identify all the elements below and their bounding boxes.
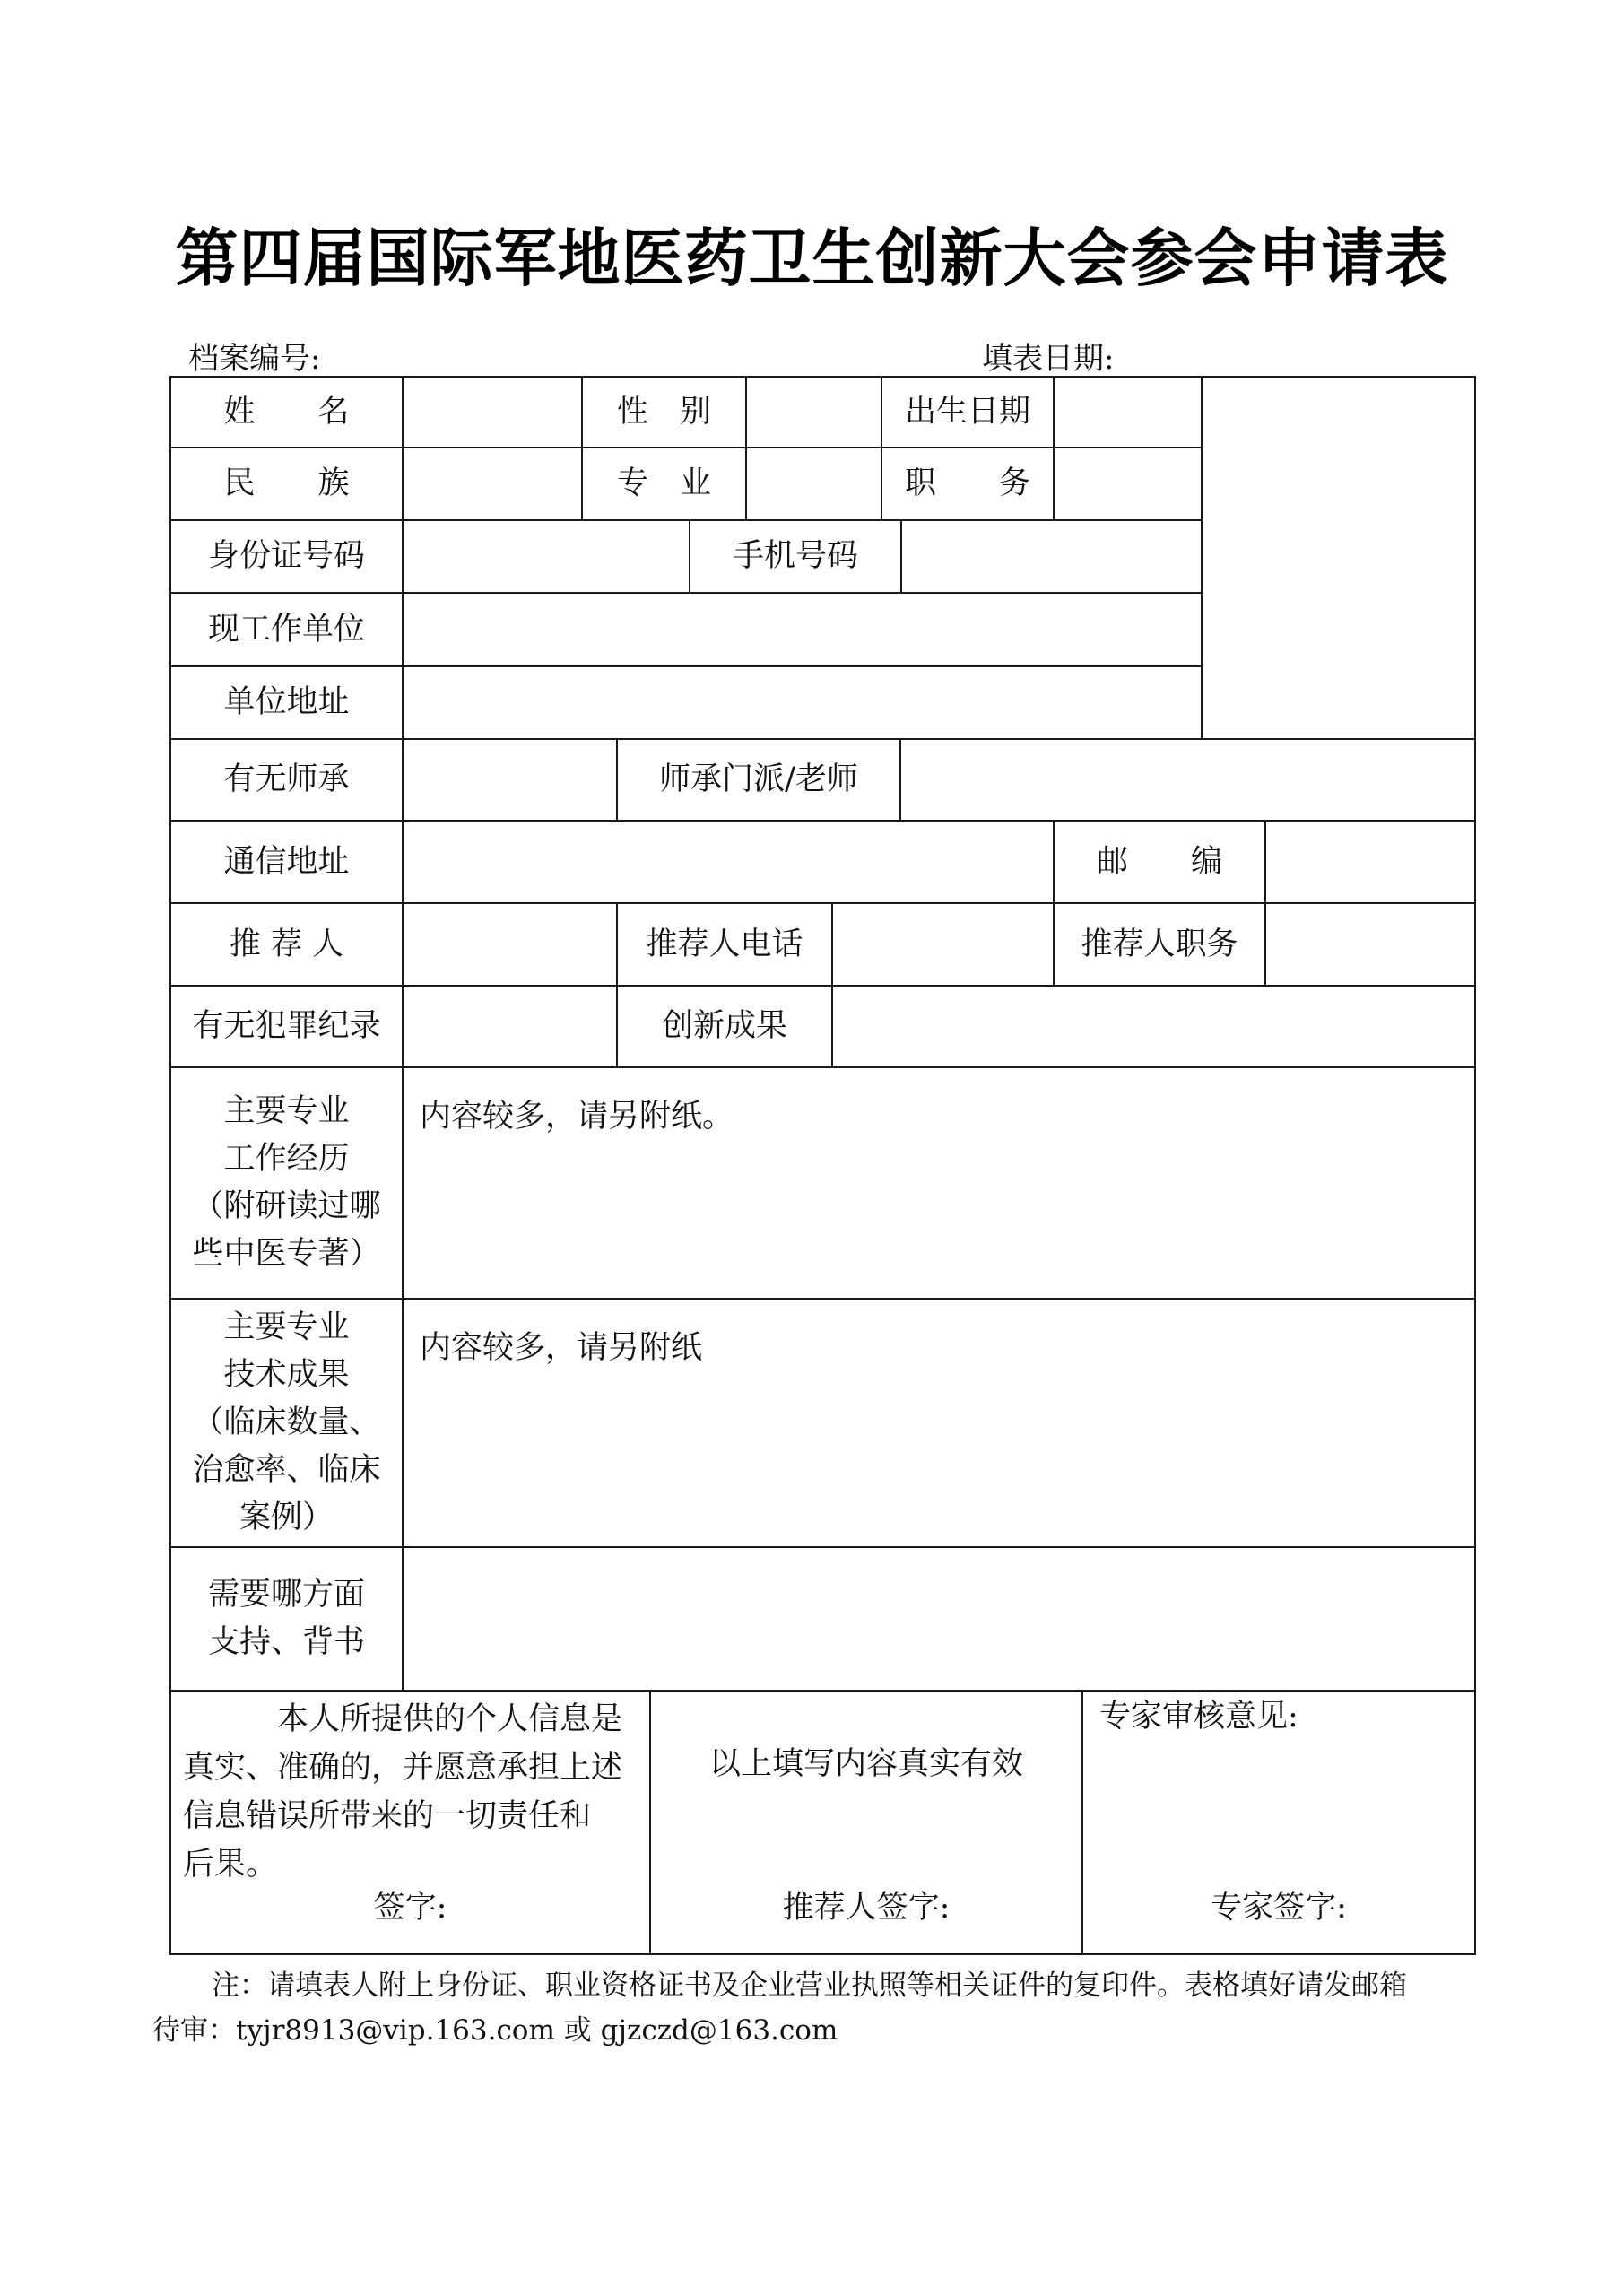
mailing-address-field[interactable] [402, 820, 1055, 904]
innovation-label: 创新成果 [616, 985, 833, 1068]
id-number-field[interactable] [402, 519, 690, 594]
innovation-field[interactable] [831, 985, 1476, 1068]
criminal-record-label: 有无犯罪纪录 [169, 985, 404, 1068]
id-number-label: 身份证号码 [169, 519, 404, 594]
label-line: 主要专业 [223, 1304, 349, 1352]
ethnicity-label: 民 族 [169, 447, 404, 521]
label-line: （附研读过哪 [192, 1183, 380, 1231]
position-field[interactable] [1053, 447, 1203, 521]
work-experience-field[interactable]: 内容较多，请另附纸。 [402, 1066, 1476, 1300]
work-experience-value: 内容较多，请另附纸。 [420, 1093, 734, 1141]
birth-date-label: 出生日期 [881, 376, 1055, 448]
ethnicity-field[interactable] [402, 447, 583, 521]
label-line: 治愈率、临床 [192, 1447, 380, 1494]
footer-note-line1: 注：请填表人附上身份证、职业资格证书及企业营业执照等相关证件的复印件。表格填好请… [212, 1962, 1407, 2003]
workplace-address-label: 单位地址 [169, 665, 404, 740]
tech-achievements-field[interactable]: 内容较多，请另附纸 [402, 1298, 1476, 1548]
referrer-confirm-text: 以上填写内容真实有效 [649, 1740, 1083, 1788]
position-label: 职 务 [881, 447, 1055, 521]
label-line: 些中医专著） [192, 1231, 380, 1278]
work-experience-label: 主要专业 工作经历 （附研读过哪 些中医专著） [169, 1066, 404, 1300]
name-label: 姓 名 [169, 376, 404, 448]
birth-date-field[interactable] [1053, 376, 1203, 448]
referrer-position-field[interactable] [1264, 902, 1476, 987]
support-label: 需要哪方面 支持、背书 [169, 1546, 404, 1692]
referrer-signature-label: 推荐人签字: [649, 1883, 1083, 1932]
workplace-field[interactable] [402, 592, 1203, 667]
mentor-school-label: 师承门派/老师 [616, 738, 901, 822]
label-line: 案例） [239, 1494, 334, 1542]
phone-field[interactable] [900, 519, 1203, 594]
label-line: （临床数量、 [192, 1399, 380, 1447]
label-line: 技术成果 [223, 1352, 349, 1399]
tech-achievements-value: 内容较多，请另附纸 [420, 1325, 702, 1372]
photo-area[interactable] [1201, 376, 1476, 740]
label-line: 工作经历 [223, 1135, 349, 1183]
name-field[interactable] [402, 376, 583, 448]
criminal-record-field[interactable] [402, 985, 618, 1068]
tech-achievements-label: 主要专业 技术成果 （临床数量、 治愈率、临床 案例） [169, 1298, 404, 1548]
referrer-phone-label: 推荐人电话 [616, 902, 833, 987]
major-field[interactable] [745, 447, 882, 521]
mentorship-field[interactable] [402, 738, 618, 822]
mentor-school-field[interactable] [899, 738, 1476, 822]
gender-label: 性 别 [581, 376, 747, 448]
workplace-label: 现工作单位 [169, 592, 404, 667]
expert-opinion-label: 专家审核意见: [1099, 1692, 1298, 1741]
mentorship-label: 有无师承 [169, 738, 404, 822]
gender-field[interactable] [745, 376, 882, 448]
postcode-label: 邮 编 [1053, 820, 1266, 904]
postcode-field[interactable] [1264, 820, 1476, 904]
declaration-line: 真实、准确的，并愿意承担上述 [183, 1744, 640, 1792]
declaration-text: 本人所提供的个人信息是 真实、准确的，并愿意承担上述 信息错误所带来的一切责任和… [183, 1695, 640, 1889]
phone-label: 手机号码 [689, 519, 902, 594]
declaration-line: 后果。 [183, 1840, 640, 1889]
referrer-phone-field[interactable] [831, 902, 1055, 987]
workplace-address-field[interactable] [402, 665, 1203, 740]
label-line: 需要哪方面 [208, 1571, 365, 1619]
mailing-address-label: 通信地址 [169, 820, 404, 904]
support-field[interactable] [402, 1546, 1476, 1692]
declaration-line: 信息错误所带来的一切责任和 [183, 1792, 640, 1840]
major-label: 专 业 [581, 447, 747, 521]
declaration-line: 本人所提供的个人信息是 [183, 1695, 640, 1744]
expert-signature-label: 专家签字: [1081, 1883, 1476, 1932]
label-line: 主要专业 [223, 1088, 349, 1135]
label-line: 支持、背书 [208, 1619, 365, 1666]
application-form-table: 姓 名 性 别 出生日期 民 族 专 业 职 务 身份证号码 手机号码 现工作单… [0, 0, 1624, 2296]
referrer-position-label: 推荐人职务 [1053, 902, 1266, 987]
applicant-signature-label: 签字: [169, 1883, 651, 1932]
referrer-label: 推 荐 人 [169, 902, 404, 987]
referrer-field[interactable] [402, 902, 618, 987]
footer-note-line2: 待审：tyjr8913@vip.163.com 或 gjzczd@163.com [152, 2007, 838, 2048]
